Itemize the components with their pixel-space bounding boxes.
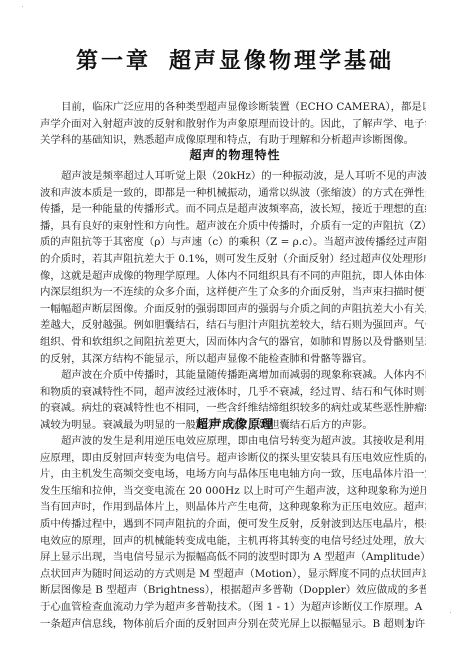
text-line: 超声波是频率超过人耳听觉上限（20kHz）的一种振动波，是人耳听不见的声波。超声 [40, 168, 426, 185]
text-line: 片，由主机发生高频交变电场，电场方向与晶体压电电轴方向一致，压电晶体片沿一定方向 [40, 466, 426, 483]
text-line: 断层图像是 B 型超声（Brightness），根据超声多普勒（Doppler）… [40, 582, 426, 599]
text-line: 一条超声信息线，物体前后介面的反射回声分别在荧光屏上以振幅显示。B 超则为许多信… [40, 616, 426, 633]
text-line: 目前，临床广泛应用的各种类型超声显像诊断装置（ECHO CAMERA），都是以人… [40, 99, 426, 116]
chapter-title: 第一章超声显像物理学基础 [0, 44, 470, 75]
text-line: 质的声阻抗等于其密度（ρ）与声速（c）的乘积（Z = ρ.c）。当超声波传播经过… [40, 234, 426, 251]
text-line: 点状回声为随时间运动的方式则是 M 型超声（Motion），显示辉度不同的点状回… [40, 566, 426, 583]
scan-speck [213, 148, 214, 149]
text-line: 差越大，反射越强。例如胆囊结石，结石与胆汁声阻抗差较大，结石则为强回声。气体和软 [40, 317, 426, 334]
text-line: 的介质时，若其声阻抗差大于 0.1%，则可发生反射（介面反射）经过超声仪处理形成… [40, 251, 426, 268]
text-line: 电效应的原理，回声的机械能转变成电能，主机再将其转变的电信号经过处理，放大在荧光 [40, 533, 426, 550]
scan-speck [22, 6, 23, 7]
text-line: 的反射，其深方结构不能显示，所以超声显像不能检查肺和骨骼等器官。 [40, 351, 426, 368]
text-line: 当有回声时，作用到晶体片上，则晶体片产生电荷，这种现象称为正压电效应。超声波在介 [40, 499, 426, 516]
intro-paragraph: 目前，临床广泛应用的各种类型超声显像诊断装置（ECHO CAMERA），都是以人… [40, 99, 426, 149]
section-heading-imaging-principle: 超声成像原理 [0, 415, 470, 432]
text-line: 和物质的衰减特性不同，超声波经过液体时，几乎不衰减，经过胃、结石和气体时则有明显 [40, 384, 426, 401]
text-line: 超声波在介质中传播时，其能量随传播距离增加而减弱的现象称衰减。人体内不同组织 [40, 367, 426, 384]
text-line: 波和声波本质是一致的，即都是一种机械振动，通常以纵波（张缩波）的方式在弹性介质中 [40, 185, 426, 202]
text-line: 应原理，即由反射回声转变为电信号。超声诊断仪的探头里安装具有压电效应性质的晶体 [40, 450, 426, 467]
chapter-name: 超声显像物理学基础 [169, 49, 394, 74]
text-line: 声学介面对入射超声波的反射和散射作为声象原理而设计的。因此，了解声学、电子学等有 [40, 116, 426, 133]
paragraph: 超声波是频率超过人耳听觉上限（20kHz）的一种振动波，是人耳听不见的声波。超声… [40, 168, 426, 367]
document-page: 第一章超声显像物理学基础 目前，临床广泛应用的各种类型超声显像诊断装置（ECHO… [0, 0, 470, 670]
scan-speck [200, 148, 201, 149]
text-line: 屏上显示出现，当电信号显示为振幅高低不同的波型时即为 A 型超声（Amplitu… [40, 549, 426, 566]
text-line: 组织、骨和软组织之间阻抗差更大，因而体内含气的器官，如肺和胃肠以及骨骼则呈现很强 [40, 334, 426, 351]
text-line: 质中传播过程中，遇到不同声阻抗的介面，便可发生反射，反射波到达压电晶片，根据正压 [40, 516, 426, 533]
chapter-number: 第一章 [76, 49, 151, 74]
text-line: 于心血管检查血流动力学为超声多普勒技术。（图 1 - 1）为超声诊断仪工作原理。… [40, 599, 426, 616]
text-line: 超声波的发生是利用逆压电效应原理，即由电信号转变为超声波。其接收是利用正电效 [40, 433, 426, 450]
text-line: 传播，是一种能量的传播形式。而不同点是超声波频率高，波长短，接近于理想的直线传 [40, 201, 426, 218]
text-line: 内深层组织为一不连续的众多介面，这样便产生了众多的介面反射，当声束扫描时便可获得 [40, 284, 426, 301]
section-heading-physical-properties: 超声的物理特性 [0, 146, 470, 163]
text-line: 一幅幅超声断层图像。介面反射的强弱即回声的强弱与介质之间的声阻抗差大小有关，阻抗 [40, 301, 426, 318]
text-line: 像，这就是超声成像的物理学原理。人体内不同组织具有不同的声阻抗，即人体由体表到体 [40, 268, 426, 285]
paragraph: 超声波的发生是利用逆压电效应原理，即由电信号转变为超声波。其接收是利用正电效 应… [40, 433, 426, 632]
page-number: 1 [406, 618, 413, 631]
text-line: 发生压缩和拉伸，当交变电流在 20 000Hz 以上时可产生超声波，这种现象称为… [40, 483, 426, 500]
text-line: 播，具有良好的束射性和方向性。超声波在介质中传播时，介质有一定的声阻抗（Z），介 [40, 218, 426, 235]
scan-speck [450, 612, 451, 613]
